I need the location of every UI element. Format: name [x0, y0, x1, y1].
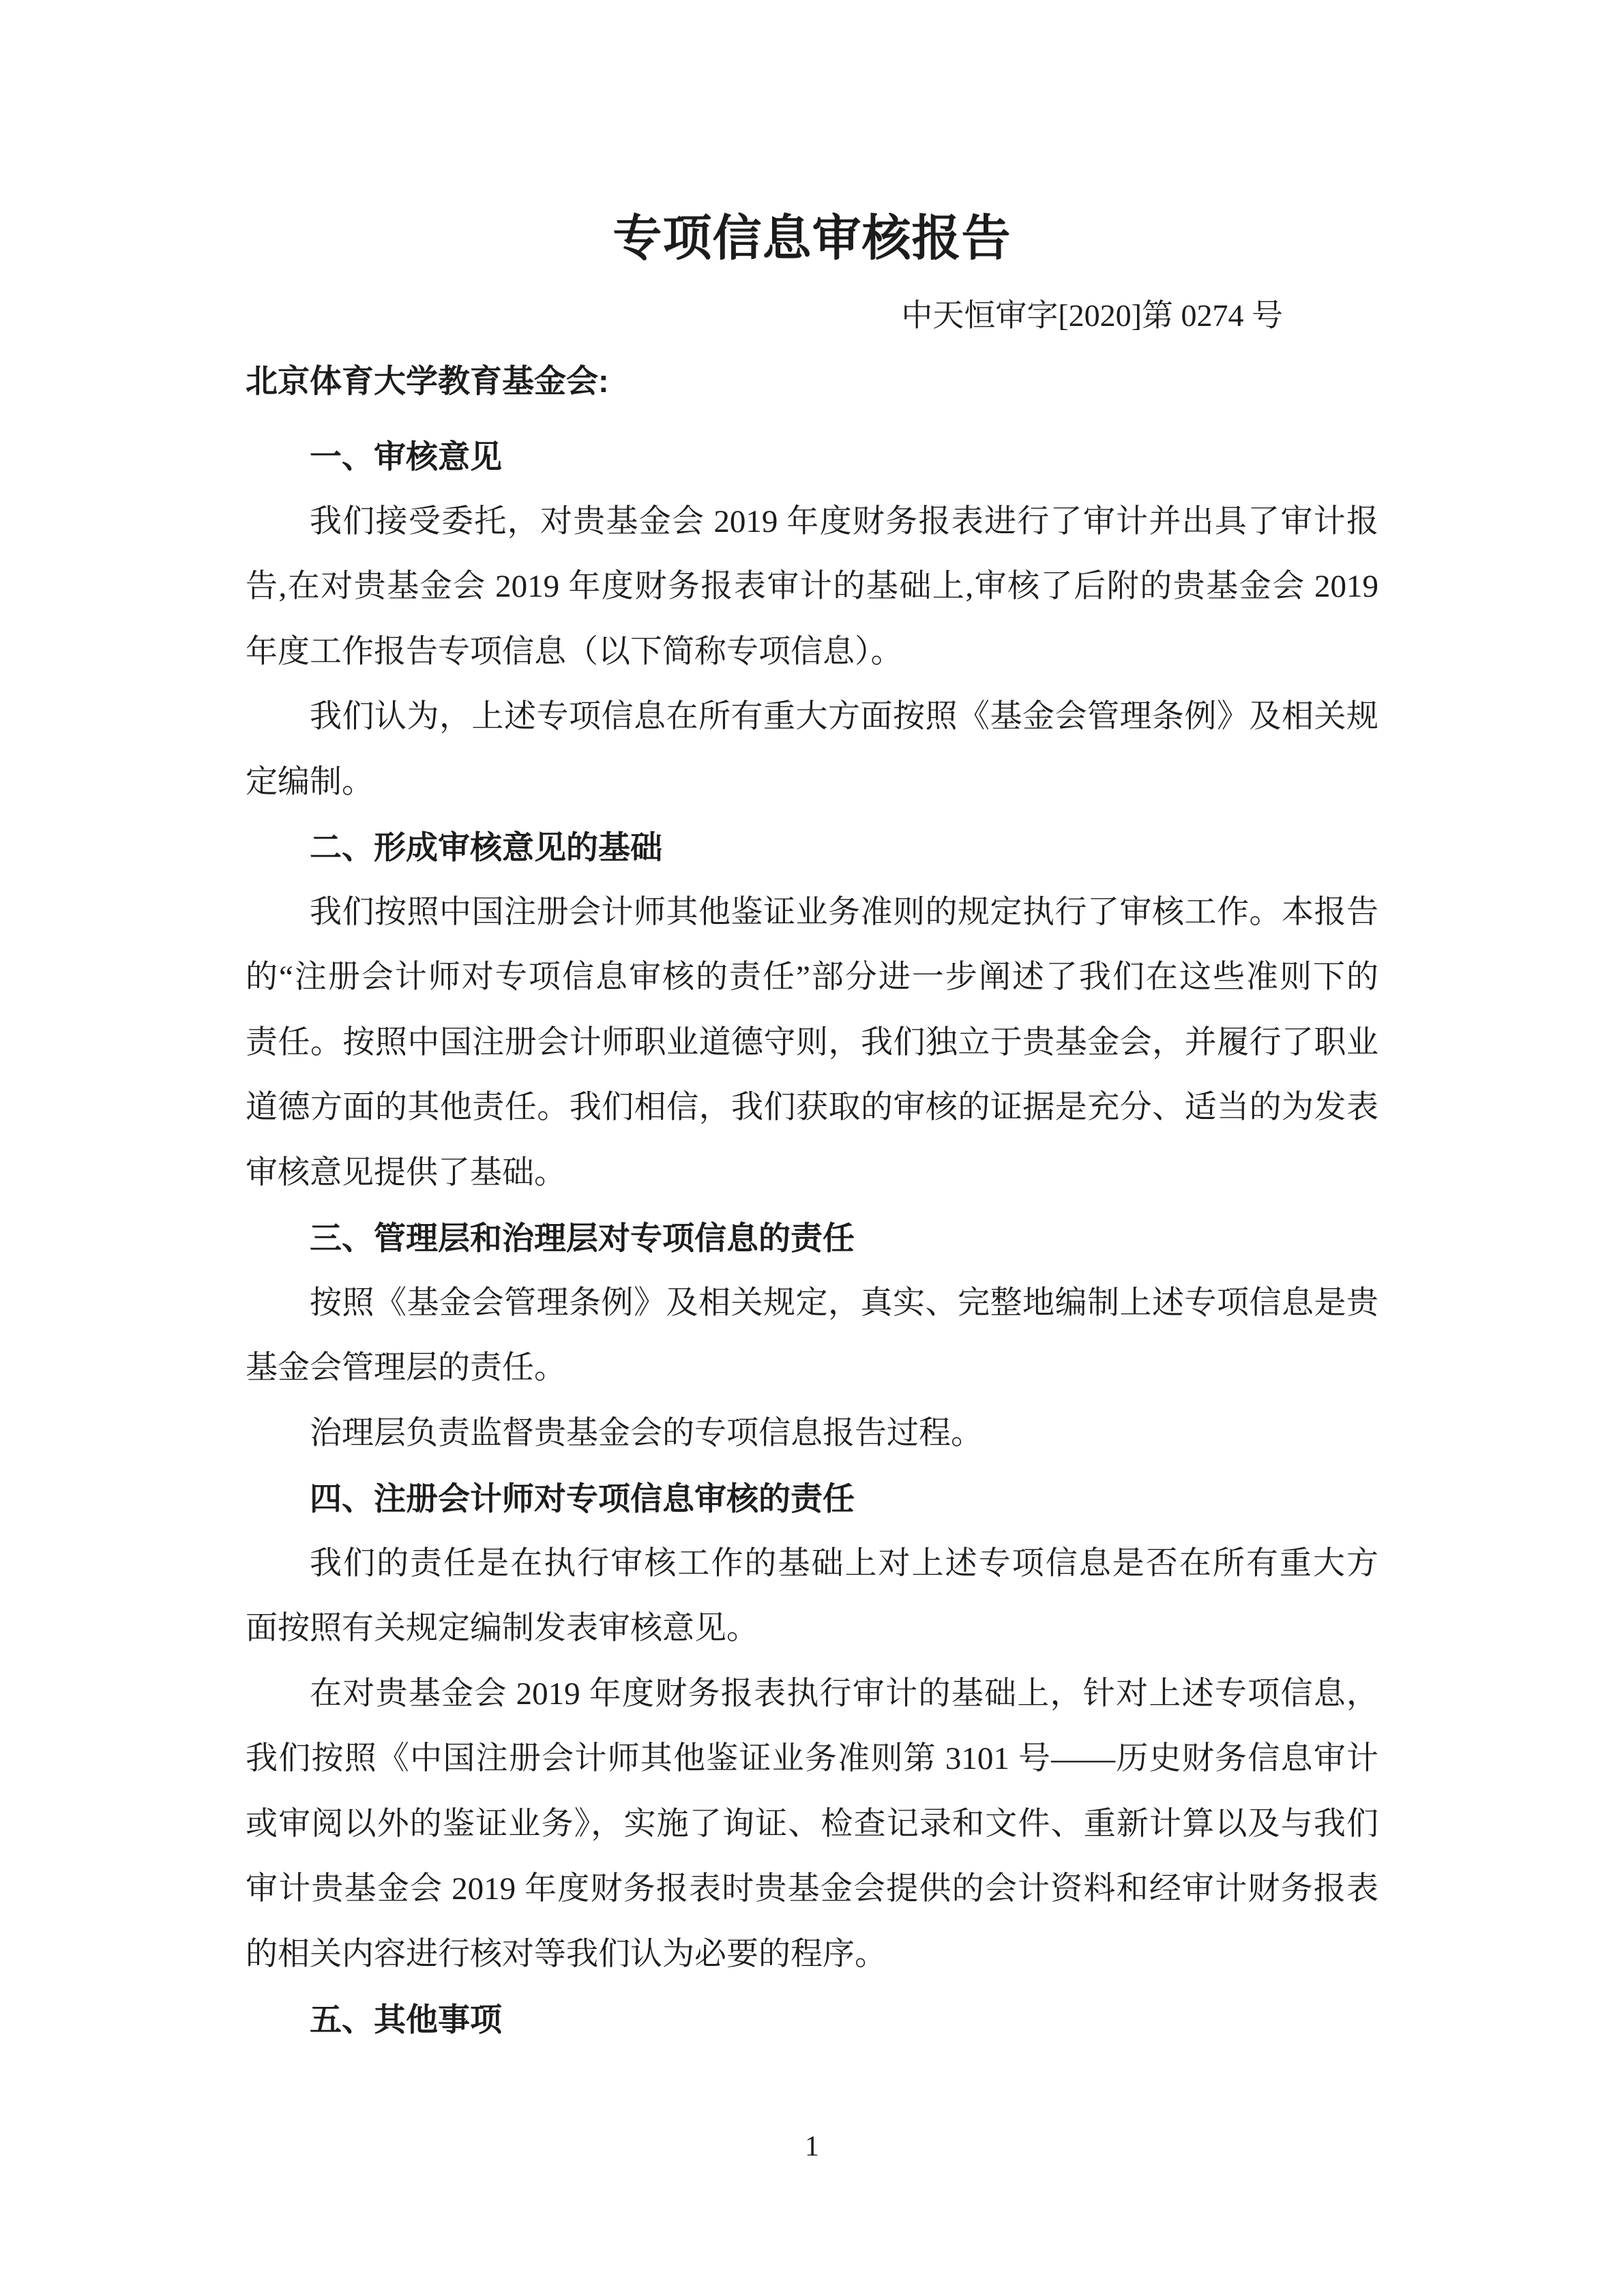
body-line: 告,在对贵基金会 2019 年度财务报表审计的基础上,审核了后附的贵基金会 20… — [246, 554, 1378, 620]
body-line: 或审阅以外的鉴证业务》，实施了询证、检查记录和文件、重新计算以及与我们 — [246, 1792, 1378, 1858]
body-line: 面按照有关规定编制发表审核意见。 — [246, 1596, 1378, 1662]
body-line: 我们按照中国注册会计师其他鉴证业务准则的规定执行了审核工作。本报告 — [246, 880, 1378, 946]
body-line: 我们的责任是在执行审核工作的基础上对上述专项信息是否在所有重大方 — [246, 1532, 1378, 1597]
body-line: 按照《基金会管理条例》及相关规定，真实、完整地编制上述专项信息是贵 — [246, 1271, 1378, 1337]
body-line: 我们认为，上述专项信息在所有重大方面按照《基金会管理条例》及相关规 — [246, 685, 1378, 750]
section-heading: 二、形成审核意见的基础 — [246, 815, 1378, 880]
document-body: 一、审核意见我们接受委托，对贵基金会 2019 年度财务报表进行了审计并出具了审… — [246, 424, 1378, 2053]
section-heading: 五、其他事项 — [246, 1987, 1378, 2053]
body-line: 审计贵基金会 2019 年度财务报表时贵基金会提供的会计资料和经审计财务报表 — [246, 1857, 1378, 1922]
body-line: 治理层负责监督贵基金会的专项信息报告过程。 — [246, 1401, 1378, 1467]
body-line: 的相关内容进行核对等我们认为必要的程序。 — [246, 1922, 1378, 1988]
document-title: 专项信息审核报告 — [0, 207, 1624, 271]
body-line: 我们按照《中国注册会计师其他鉴证业务准则第 3101 号——历史财务信息审计 — [246, 1727, 1378, 1792]
section-heading: 一、审核意见 — [246, 424, 1378, 490]
body-line: 在对贵基金会 2019 年度财务报表执行审计的基础上，针对上述专项信息， — [246, 1662, 1378, 1727]
document-addressee: 北京体育大学教育基金会: — [246, 349, 609, 413]
document-page: 专项信息审核报告 中天恒审字[2020]第 0274 号 北京体育大学教育基金会… — [0, 0, 1624, 2296]
body-line: 的“注册会计师对专项信息审核的责任”部分进一步阐述了我们在这些准则下的 — [246, 945, 1378, 1011]
document-reference-number: 中天恒审字[2020]第 0274 号 — [901, 284, 1283, 348]
body-line: 责任。按照中国注册会计师职业道德守则，我们独立于贵基金会，并履行了职业 — [246, 1011, 1378, 1076]
page-number: 1 — [0, 2114, 1624, 2179]
body-line: 我们接受委托，对贵基金会 2019 年度财务报表进行了审计并出具了审计报 — [246, 490, 1378, 555]
section-heading: 三、管理层和治理层对专项信息的责任 — [246, 1206, 1378, 1271]
section-heading: 四、注册会计师对专项信息审核的责任 — [246, 1466, 1378, 1532]
body-line: 定编制。 — [246, 750, 1378, 816]
body-line: 审核意见提供了基础。 — [246, 1141, 1378, 1206]
body-line: 年度工作报告专项信息（以下简称专项信息）。 — [246, 620, 1378, 685]
body-line: 基金会管理层的责任。 — [246, 1336, 1378, 1401]
body-line: 道德方面的其他责任。我们相信，我们获取的审核的证据是充分、适当的为发表 — [246, 1075, 1378, 1141]
